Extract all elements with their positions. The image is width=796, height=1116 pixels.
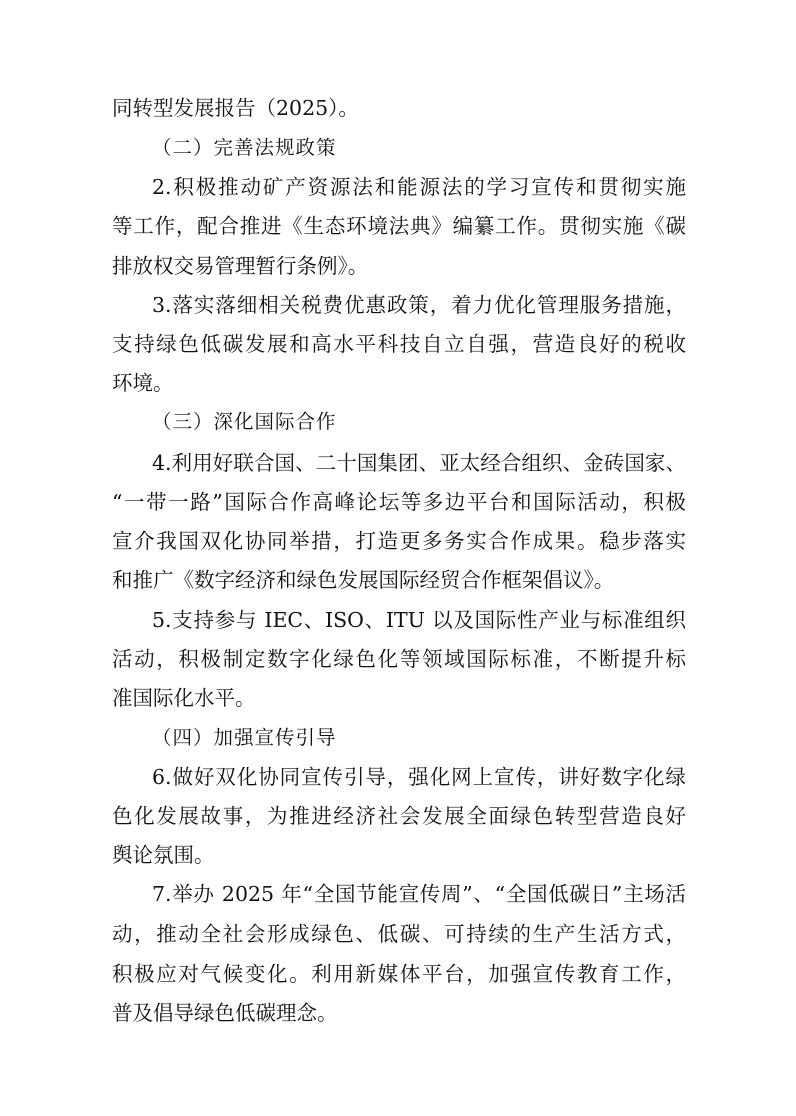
document-page: 同转型发展报告（2025）。 （二）完善法规政策 2.积极推动矿产资源法和能源法… [0, 0, 796, 1116]
item-4-line: 4.利用好联合国、二十国集团、亚太经合组织、金砖国家、 [152, 448, 686, 478]
item-7-line: 普及倡导绿色低碳理念。 [112, 998, 686, 1028]
paragraph-line: 同转型发展报告（2025）。 [112, 93, 686, 123]
item-3-line: 支持绿色低碳发展和高水平科技自立自强，营造良好的税收 [112, 329, 686, 359]
item-2-line: 2.积极推动矿产资源法和能源法的学习宣传和贯彻实施 [152, 172, 686, 202]
item-3-line: 环境。 [112, 368, 686, 398]
item-6-line: 6.做好双化协同宣传引导，强化网上宣传，讲好数字化绿 [152, 762, 686, 792]
item-2-line: 排放权交易管理暂行条例》。 [112, 251, 686, 281]
item-4-line: 和推广《数字经济和绿色发展国际经贸合作框架倡议》。 [112, 565, 686, 595]
item-6-line: 色化发展故事，为推进经济社会发展全面绿色转型营造良好 [112, 801, 686, 831]
item-7-line: 积极应对气候变化。利用新媒体平台，加强宣传教育工作， [112, 959, 686, 989]
section-heading-4: （四）加强宣传引导 [152, 723, 686, 753]
item-5-line: 活动，积极制定数字化绿色化等领域国际标准，不断提升标 [112, 644, 686, 674]
item-7-line: 动，推动全社会形成绿色、低碳、可持续的生产生活方式， [112, 919, 686, 949]
item-6-line: 舆论氛围。 [112, 840, 686, 870]
item-5-line: 5.支持参与 IEC、ISO、ITU 以及国际性产业与标准组织 [152, 605, 686, 635]
item-5-line: 准国际化水平。 [112, 683, 686, 713]
item-2-line: 等工作，配合推进《生态环境法典》编纂工作。贯彻实施《碳 [112, 211, 686, 241]
section-heading-2: （二）完善法规政策 [152, 133, 686, 163]
item-7-line: 7.举办 2025 年“全国节能宣传周”、“全国低碳日”主场活 [152, 879, 686, 909]
item-3-line: 3.落实落细相关税费优惠政策，着力优化管理服务措施， [152, 290, 686, 320]
item-4-line: “一带一路”国际合作高峰论坛等多边平台和国际活动，积极 [112, 487, 686, 517]
section-heading-3: （三）深化国际合作 [152, 407, 686, 437]
item-4-line: 宣介我国双化协同举措，打造更多务实合作成果。稳步落实 [112, 526, 686, 556]
